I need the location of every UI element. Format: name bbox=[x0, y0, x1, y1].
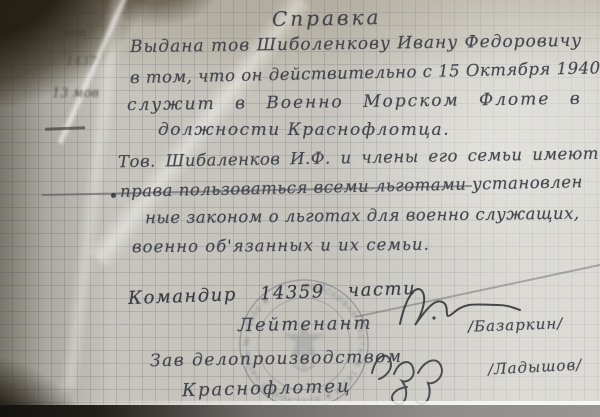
signature-scribble-commander bbox=[392, 278, 524, 336]
rank-line: Лейтенант bbox=[238, 313, 373, 336]
document-line: должности Краснофлотца. bbox=[158, 120, 450, 140]
document-title: Справка bbox=[272, 5, 382, 31]
clerk-rank-line: Краснофлотец bbox=[182, 376, 352, 401]
ghost-text-fragment: 1437 bbox=[66, 54, 97, 68]
ghost-text-fragment: 13 мов bbox=[52, 86, 99, 101]
document-photo: пот 1437 13 мов ВОЙСКОВАЯ ЧАСТЬ № 14359 … bbox=[0, 0, 600, 417]
document-line: военно об'язанных и их семьи. bbox=[132, 235, 430, 257]
margin-dot-mark bbox=[111, 193, 116, 198]
photo-bottom-edge bbox=[0, 405, 600, 417]
ghost-text-fragment: пот bbox=[62, 26, 86, 39]
